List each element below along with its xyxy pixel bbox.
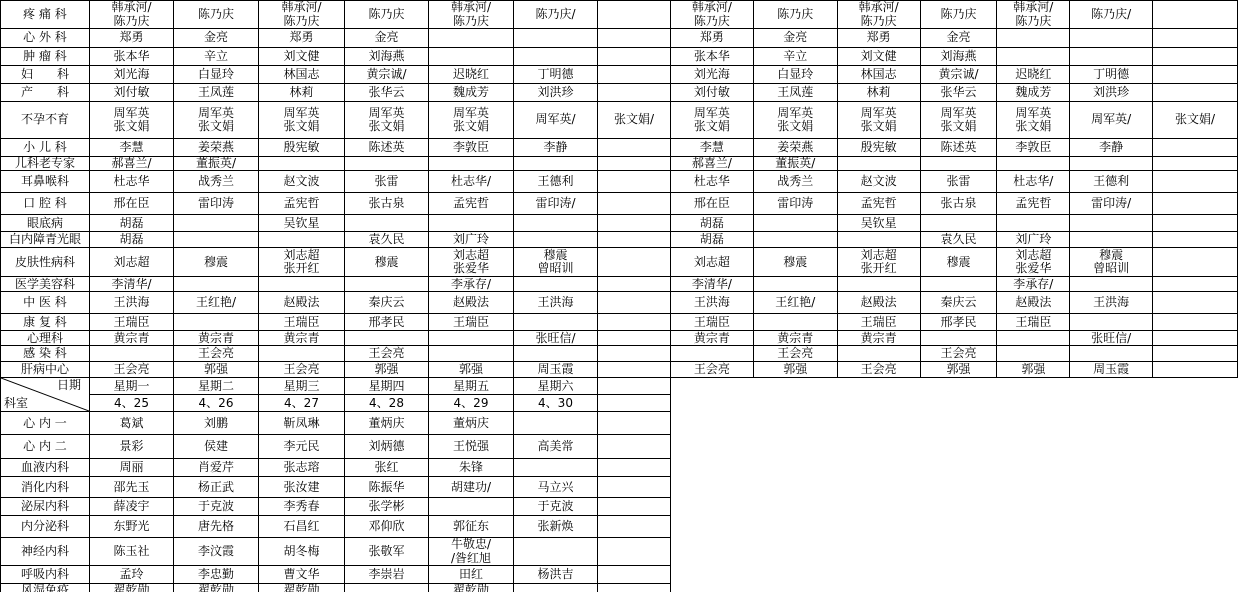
schedule-cell[interactable]: 袁久民 (345, 232, 429, 248)
corner-date-dept-cell[interactable]: 日期科室 (1, 378, 90, 412)
dept-cell[interactable]: 消化内科 (1, 477, 90, 498)
schedule-cell[interactable]: 林国志 (259, 66, 345, 84)
schedule-cell[interactable]: 张新焕 (514, 516, 598, 538)
schedule-cell[interactable] (753, 277, 837, 292)
schedule-cell[interactable]: 李汶霞 (174, 538, 259, 566)
schedule-cell[interactable]: 郑勇 (259, 29, 345, 48)
schedule-cell[interactable]: 刘付敏 (90, 84, 174, 102)
schedule-cell[interactable] (1153, 314, 1238, 331)
schedule-cell[interactable]: 李敦臣 (429, 139, 514, 157)
schedule-cell[interactable]: 刘文健 (259, 48, 345, 66)
date-cell[interactable]: 4、29 (429, 395, 514, 412)
schedule-cell[interactable]: 李忠勤 (174, 566, 259, 584)
schedule-cell[interactable]: 葛斌 (90, 412, 174, 435)
schedule-cell[interactable]: 黄宗诚/ (920, 66, 997, 84)
schedule-cell[interactable]: 李静 (514, 139, 598, 157)
schedule-cell[interactable]: 辛立 (174, 48, 259, 66)
schedule-cell[interactable]: 魏成芳 (429, 84, 514, 102)
schedule-cell[interactable]: 郝喜兰/ (671, 157, 754, 171)
schedule-cell[interactable] (598, 516, 671, 538)
schedule-cell[interactable]: 姜荣燕 (753, 139, 837, 157)
schedule-cell[interactable]: 赵殿法 (259, 292, 345, 314)
schedule-cell[interactable]: 穆震 (174, 248, 259, 277)
dept-cell[interactable]: 心 外 科 (1, 29, 90, 48)
dept-cell[interactable]: 儿科老专家 (1, 157, 90, 171)
schedule-cell[interactable] (598, 248, 671, 277)
schedule-cell[interactable]: 东野光 (90, 516, 174, 538)
schedule-cell[interactable]: 李清华/ (671, 277, 754, 292)
schedule-cell[interactable] (174, 215, 259, 232)
schedule-cell[interactable]: 韩承河/ 陈乃庆 (671, 1, 754, 29)
schedule-cell[interactable] (920, 331, 997, 346)
schedule-cell[interactable] (1153, 84, 1238, 102)
schedule-cell[interactable]: 刘洪珍 (514, 84, 598, 102)
schedule-cell[interactable]: 周军英/ (514, 102, 598, 139)
weekday-cell[interactable]: 星期六 (514, 378, 598, 395)
schedule-cell[interactable]: 刘光海 (90, 66, 174, 84)
dept-cell[interactable]: 妇 科 (1, 66, 90, 84)
schedule-cell[interactable] (1070, 48, 1153, 66)
schedule-cell[interactable]: 王红艳/ (753, 292, 837, 314)
schedule-cell[interactable] (997, 331, 1070, 346)
schedule-cell[interactable]: 董振英/ (753, 157, 837, 171)
schedule-cell[interactable] (1153, 29, 1238, 48)
schedule-cell[interactable]: 郑勇 (90, 29, 174, 48)
schedule-cell[interactable] (1070, 232, 1153, 248)
schedule-cell[interactable] (598, 48, 671, 66)
schedule-cell[interactable]: 穆震 曾昭训 (1070, 248, 1153, 277)
schedule-cell[interactable]: 周丽 (90, 459, 174, 477)
schedule-cell[interactable]: 王瑞臣 (671, 314, 754, 331)
schedule-cell[interactable]: 张旺信/ (1070, 331, 1153, 346)
schedule-cell[interactable]: 战秀兰 (174, 171, 259, 193)
schedule-cell[interactable]: 雷印涛/ (514, 193, 598, 215)
schedule-cell[interactable]: 王会亮 (90, 362, 174, 378)
dept-cell[interactable]: 肿 瘤 科 (1, 48, 90, 66)
schedule-cell[interactable]: 李慧 (671, 139, 754, 157)
schedule-cell[interactable]: 郭强 (345, 362, 429, 378)
schedule-cell[interactable] (598, 1, 671, 29)
schedule-cell[interactable]: 黄宗青 (90, 331, 174, 346)
schedule-cell[interactable]: 林国志 (837, 66, 920, 84)
schedule-cell[interactable]: 黄宗青 (259, 331, 345, 346)
schedule-cell[interactable] (345, 157, 429, 171)
schedule-cell[interactable]: 胡磊 (671, 232, 754, 248)
schedule-cell[interactable] (514, 48, 598, 66)
schedule-cell[interactable] (514, 538, 598, 566)
date-cell[interactable]: 4、30 (514, 395, 598, 412)
dept-cell[interactable]: 内分泌科 (1, 516, 90, 538)
schedule-cell[interactable]: 刘洪珍 (1070, 84, 1153, 102)
schedule-cell[interactable]: 周军英 张文娟 (174, 102, 259, 139)
schedule-cell[interactable]: 穆震 (345, 248, 429, 277)
schedule-cell[interactable]: 牛敬忠/ /昝红旭 (429, 538, 514, 566)
schedule-cell[interactable]: 雷印涛/ (1070, 193, 1153, 215)
schedule-cell[interactable]: 林莉 (837, 84, 920, 102)
schedule-cell[interactable] (598, 139, 671, 157)
schedule-cell[interactable]: 杜志华 (90, 171, 174, 193)
schedule-cell[interactable]: 张文娟/ (1153, 102, 1238, 139)
schedule-cell[interactable] (837, 157, 920, 171)
schedule-cell[interactable]: 王会亮 (753, 346, 837, 362)
schedule-cell[interactable]: 张志瑢 (259, 459, 345, 477)
schedule-cell[interactable] (598, 412, 671, 435)
schedule-cell[interactable] (997, 29, 1070, 48)
schedule-cell[interactable] (997, 346, 1070, 362)
schedule-cell[interactable]: 丁明德 (1070, 66, 1153, 84)
schedule-cell[interactable] (598, 584, 671, 592)
schedule-cell[interactable]: 王瑞臣 (259, 314, 345, 331)
schedule-cell[interactable] (598, 331, 671, 346)
schedule-cell[interactable] (598, 435, 671, 459)
schedule-cell[interactable]: 郭强 (920, 362, 997, 378)
schedule-cell[interactable] (259, 346, 345, 362)
schedule-cell[interactable]: 胡磊 (90, 232, 174, 248)
weekday-cell[interactable]: 星期一 (90, 378, 174, 395)
schedule-cell[interactable]: 刘付敏 (671, 84, 754, 102)
schedule-cell[interactable]: 周军英 张文娟 (753, 102, 837, 139)
schedule-cell[interactable]: 陈振华 (345, 477, 429, 498)
schedule-cell[interactable] (997, 157, 1070, 171)
schedule-cell[interactable]: 赵文波 (837, 171, 920, 193)
schedule-cell[interactable] (1153, 248, 1238, 277)
date-cell[interactable]: 4、25 (90, 395, 174, 412)
schedule-cell[interactable] (753, 215, 837, 232)
schedule-cell[interactable] (345, 584, 429, 592)
weekday-cell[interactable]: 星期三 (259, 378, 345, 395)
schedule-cell[interactable]: 张文娟/ (598, 102, 671, 139)
schedule-cell[interactable]: 陈述英 (920, 139, 997, 157)
schedule-cell[interactable] (1070, 346, 1153, 362)
schedule-cell[interactable] (598, 84, 671, 102)
schedule-cell[interactable] (997, 48, 1070, 66)
schedule-cell[interactable] (1070, 277, 1153, 292)
dept-cell[interactable]: 口 腔 科 (1, 193, 90, 215)
schedule-cell[interactable]: 王会亮 (345, 346, 429, 362)
schedule-cell[interactable]: 金亮 (920, 29, 997, 48)
schedule-cell[interactable]: 郑勇 (671, 29, 754, 48)
schedule-cell[interactable] (598, 538, 671, 566)
schedule-cell[interactable] (514, 346, 598, 362)
schedule-cell[interactable]: 翟乾勋 (429, 584, 514, 592)
schedule-cell[interactable]: 董炳庆 (345, 412, 429, 435)
schedule-cell[interactable]: 邵先玉 (90, 477, 174, 498)
schedule-cell[interactable]: 金亮 (345, 29, 429, 48)
schedule-cell[interactable]: 胡建功/ (429, 477, 514, 498)
schedule-cell[interactable]: 王德利 (514, 171, 598, 193)
schedule-cell[interactable]: 迟晓红 (429, 66, 514, 84)
schedule-cell[interactable]: 陈玉社 (90, 538, 174, 566)
schedule-cell[interactable] (837, 232, 920, 248)
schedule-cell[interactable]: 刘海燕 (345, 48, 429, 66)
schedule-cell[interactable] (598, 277, 671, 292)
schedule-cell[interactable]: 刘光海 (671, 66, 754, 84)
schedule-cell[interactable]: 张雷 (345, 171, 429, 193)
schedule-cell[interactable]: 袁久民 (920, 232, 997, 248)
schedule-cell[interactable]: 孟宪哲 (429, 193, 514, 215)
schedule-cell[interactable] (514, 314, 598, 331)
schedule-cell[interactable]: 邢在臣 (90, 193, 174, 215)
schedule-cell[interactable] (429, 346, 514, 362)
schedule-cell[interactable]: 高美常 (514, 435, 598, 459)
schedule-cell[interactable]: 王会亮 (174, 346, 259, 362)
schedule-cell[interactable]: 李承存/ (429, 277, 514, 292)
schedule-cell[interactable]: 郭强 (174, 362, 259, 378)
schedule-cell[interactable]: 穆震 (753, 248, 837, 277)
schedule-cell[interactable] (1153, 171, 1238, 193)
schedule-cell[interactable]: 周军英 张文娟 (997, 102, 1070, 139)
schedule-cell[interactable] (174, 314, 259, 331)
schedule-cell[interactable]: 战秀兰 (753, 171, 837, 193)
schedule-cell[interactable]: 孟玲 (90, 566, 174, 584)
schedule-cell[interactable]: 秦庆云 (345, 292, 429, 314)
schedule-cell[interactable] (429, 157, 514, 171)
schedule-cell[interactable]: 胡冬梅 (259, 538, 345, 566)
schedule-cell[interactable]: 丁明德 (514, 66, 598, 84)
schedule-cell[interactable] (514, 157, 598, 171)
schedule-cell[interactable]: 李静 (1070, 139, 1153, 157)
schedule-cell[interactable] (920, 277, 997, 292)
schedule-cell[interactable]: 张红 (345, 459, 429, 477)
schedule-cell[interactable]: 周军英 张文娟 (671, 102, 754, 139)
schedule-cell[interactable]: 杜志华/ (997, 171, 1070, 193)
dept-cell[interactable]: 白内障青光眼 (1, 232, 90, 248)
schedule-cell[interactable]: 张本华 (671, 48, 754, 66)
schedule-cell[interactable]: 王洪海 (671, 292, 754, 314)
schedule-cell[interactable]: 林莉 (259, 84, 345, 102)
schedule-cell[interactable]: 李慧 (90, 139, 174, 157)
schedule-cell[interactable] (1153, 346, 1238, 362)
schedule-cell[interactable]: 刘海燕 (920, 48, 997, 66)
weekday-cell[interactable]: 星期四 (345, 378, 429, 395)
schedule-cell[interactable]: 翟乾勋 (174, 584, 259, 592)
schedule-cell[interactable]: 邢孝民 (345, 314, 429, 331)
schedule-cell[interactable]: 孟宪哲 (837, 193, 920, 215)
schedule-cell[interactable]: 吴钦星 (259, 215, 345, 232)
schedule-cell[interactable]: 刘志超 张开红 (837, 248, 920, 277)
schedule-cell[interactable]: 张华云 (920, 84, 997, 102)
schedule-cell[interactable]: 穆震 曾昭训 (514, 248, 598, 277)
schedule-cell[interactable]: 刘志超 (90, 248, 174, 277)
schedule-cell[interactable]: 景彩 (90, 435, 174, 459)
weekday-cell[interactable] (598, 378, 671, 395)
schedule-cell[interactable]: 刘广玲 (997, 232, 1070, 248)
schedule-cell[interactable] (997, 215, 1070, 232)
schedule-cell[interactable] (345, 215, 429, 232)
schedule-cell[interactable]: 王洪海 (90, 292, 174, 314)
schedule-cell[interactable]: 韩承河/ 陈乃庆 (997, 1, 1070, 29)
schedule-cell[interactable] (837, 277, 920, 292)
schedule-cell[interactable]: 姜荣燕 (174, 139, 259, 157)
schedule-cell[interactable] (598, 362, 671, 378)
schedule-cell[interactable]: 白显玲 (753, 66, 837, 84)
schedule-cell[interactable] (514, 29, 598, 48)
schedule-cell[interactable] (429, 331, 514, 346)
schedule-cell[interactable] (1153, 193, 1238, 215)
schedule-cell[interactable] (1153, 215, 1238, 232)
schedule-cell[interactable]: 李崇岩 (345, 566, 429, 584)
schedule-cell[interactable]: 杨洪吉 (514, 566, 598, 584)
schedule-cell[interactable]: 郭征东 (429, 516, 514, 538)
schedule-cell[interactable]: 刘鹏 (174, 412, 259, 435)
schedule-cell[interactable]: 王洪海 (1070, 292, 1153, 314)
schedule-cell[interactable]: 张古泉 (920, 193, 997, 215)
schedule-cell[interactable] (90, 346, 174, 362)
schedule-cell[interactable] (429, 498, 514, 516)
schedule-cell[interactable] (1153, 362, 1238, 378)
schedule-cell[interactable]: 陈乃庆/ (1070, 1, 1153, 29)
schedule-cell[interactable]: 石昌红 (259, 516, 345, 538)
schedule-cell[interactable] (1070, 29, 1153, 48)
schedule-cell[interactable]: 陈乃庆 (345, 1, 429, 29)
schedule-cell[interactable]: 殷宪敏 (837, 139, 920, 157)
dept-cell[interactable]: 康 复 科 (1, 314, 90, 331)
schedule-cell[interactable] (1070, 314, 1153, 331)
schedule-cell[interactable]: 侯建 (174, 435, 259, 459)
schedule-cell[interactable] (837, 346, 920, 362)
schedule-cell[interactable] (598, 292, 671, 314)
schedule-cell[interactable] (345, 331, 429, 346)
schedule-cell[interactable]: 于克波 (174, 498, 259, 516)
dept-cell[interactable]: 心 内 二 (1, 435, 90, 459)
schedule-cell[interactable] (598, 215, 671, 232)
schedule-cell[interactable]: 翟乾勋 (259, 584, 345, 592)
schedule-cell[interactable]: 陈乃庆/ (514, 1, 598, 29)
schedule-cell[interactable]: 韩承河/ 陈乃庆 (837, 1, 920, 29)
schedule-cell[interactable] (598, 232, 671, 248)
schedule-cell[interactable]: 雷印涛 (174, 193, 259, 215)
schedule-cell[interactable]: 刘炳德 (345, 435, 429, 459)
schedule-cell[interactable] (514, 232, 598, 248)
schedule-cell[interactable]: 朱锋 (429, 459, 514, 477)
schedule-cell[interactable] (598, 314, 671, 331)
schedule-cell[interactable] (598, 566, 671, 584)
schedule-cell[interactable]: 韩承河/ 陈乃庆 (90, 1, 174, 29)
schedule-cell[interactable]: 秦庆云 (920, 292, 997, 314)
schedule-cell[interactable] (1153, 292, 1238, 314)
schedule-cell[interactable]: 赵文波 (259, 171, 345, 193)
schedule-cell[interactable] (429, 48, 514, 66)
schedule-cell[interactable] (1153, 48, 1238, 66)
schedule-cell[interactable]: 赵殿法 (837, 292, 920, 314)
schedule-cell[interactable]: 迟晓红 (997, 66, 1070, 84)
dept-cell[interactable]: 肝病中心 (1, 362, 90, 378)
weekday-cell[interactable]: 星期二 (174, 378, 259, 395)
date-cell[interactable]: 4、27 (259, 395, 345, 412)
schedule-cell[interactable]: 杜志华/ (429, 171, 514, 193)
schedule-cell[interactable]: 张学彬 (345, 498, 429, 516)
schedule-cell[interactable]: 李清华/ (90, 277, 174, 292)
dept-cell[interactable]: 心 内 一 (1, 412, 90, 435)
schedule-cell[interactable] (174, 277, 259, 292)
schedule-cell[interactable]: 杨正武 (174, 477, 259, 498)
schedule-cell[interactable] (753, 314, 837, 331)
schedule-cell[interactable]: 王会亮 (920, 346, 997, 362)
schedule-cell[interactable]: 王瑞臣 (837, 314, 920, 331)
schedule-cell[interactable]: 杜志华 (671, 171, 754, 193)
schedule-cell[interactable]: 董炳庆 (429, 412, 514, 435)
schedule-cell[interactable]: 周军英 张文娟 (920, 102, 997, 139)
schedule-cell[interactable]: 郝喜兰/ (90, 157, 174, 171)
schedule-cell[interactable]: 王会亮 (259, 362, 345, 378)
dept-cell[interactable]: 中 医 科 (1, 292, 90, 314)
schedule-cell[interactable]: 黄宗诚/ (345, 66, 429, 84)
schedule-cell[interactable] (1070, 157, 1153, 171)
date-cell[interactable]: 4、26 (174, 395, 259, 412)
schedule-cell[interactable]: 刘志超 (671, 248, 754, 277)
schedule-cell[interactable]: 刘广玲 (429, 232, 514, 248)
schedule-cell[interactable]: 王瑞臣 (90, 314, 174, 331)
schedule-cell[interactable]: 张华云 (345, 84, 429, 102)
dept-cell[interactable]: 呼吸内科 (1, 566, 90, 584)
schedule-cell[interactable]: 周军英/ (1070, 102, 1153, 139)
schedule-cell[interactable]: 郭强 (753, 362, 837, 378)
schedule-cell[interactable] (920, 215, 997, 232)
schedule-cell[interactable]: 胡磊 (671, 215, 754, 232)
schedule-cell[interactable] (598, 171, 671, 193)
schedule-cell[interactable]: 马立兴 (514, 477, 598, 498)
schedule-cell[interactable]: 魏成芳 (997, 84, 1070, 102)
dept-cell[interactable]: 耳鼻喉科 (1, 171, 90, 193)
schedule-cell[interactable]: 陈乃庆 (920, 1, 997, 29)
dept-cell[interactable]: 泌尿内科 (1, 498, 90, 516)
schedule-cell[interactable]: 王凤莲 (753, 84, 837, 102)
dept-cell[interactable]: 风湿免疫 (1, 584, 90, 592)
schedule-cell[interactable] (753, 232, 837, 248)
dept-cell[interactable]: 不孕不育 (1, 102, 90, 139)
schedule-cell[interactable]: 王红艳/ (174, 292, 259, 314)
schedule-cell[interactable] (598, 66, 671, 84)
dept-cell[interactable]: 眼底病 (1, 215, 90, 232)
schedule-cell[interactable]: 靳凤琳 (259, 412, 345, 435)
schedule-cell[interactable] (598, 498, 671, 516)
schedule-cell[interactable]: 王德利 (1070, 171, 1153, 193)
schedule-cell[interactable] (1153, 66, 1238, 84)
schedule-cell[interactable]: 张敬军 (345, 538, 429, 566)
schedule-cell[interactable]: 胡磊 (90, 215, 174, 232)
schedule-cell[interactable] (514, 584, 598, 592)
schedule-cell[interactable]: 雷印涛 (753, 193, 837, 215)
schedule-cell[interactable]: 吴钦星 (837, 215, 920, 232)
dept-cell[interactable]: 产 科 (1, 84, 90, 102)
dept-cell[interactable]: 心理科 (1, 331, 90, 346)
schedule-cell[interactable] (1153, 139, 1238, 157)
schedule-cell[interactable] (671, 346, 754, 362)
schedule-cell[interactable]: 田红 (429, 566, 514, 584)
schedule-cell[interactable]: 郑勇 (837, 29, 920, 48)
schedule-cell[interactable]: 张古泉 (345, 193, 429, 215)
dept-cell[interactable]: 血液内科 (1, 459, 90, 477)
schedule-cell[interactable]: 王会亮 (671, 362, 754, 378)
schedule-cell[interactable] (1153, 331, 1238, 346)
schedule-cell[interactable] (259, 157, 345, 171)
schedule-cell[interactable]: 刘文健 (837, 48, 920, 66)
schedule-cell[interactable]: 白显玲 (174, 66, 259, 84)
date-cell[interactable]: 4、28 (345, 395, 429, 412)
schedule-cell[interactable] (174, 232, 259, 248)
schedule-cell[interactable] (259, 232, 345, 248)
schedule-cell[interactable]: 刘志超 张开红 (259, 248, 345, 277)
schedule-cell[interactable]: 周军英 张文娟 (90, 102, 174, 139)
schedule-cell[interactable]: 翟乾勋 (90, 584, 174, 592)
schedule-cell[interactable]: 周玉霞 (514, 362, 598, 378)
schedule-cell[interactable] (1153, 157, 1238, 171)
dept-cell[interactable]: 神经内科 (1, 538, 90, 566)
schedule-cell[interactable]: 黄宗青 (671, 331, 754, 346)
schedule-cell[interactable]: 李元民 (259, 435, 345, 459)
schedule-cell[interactable] (598, 477, 671, 498)
schedule-cell[interactable]: 金亮 (174, 29, 259, 48)
